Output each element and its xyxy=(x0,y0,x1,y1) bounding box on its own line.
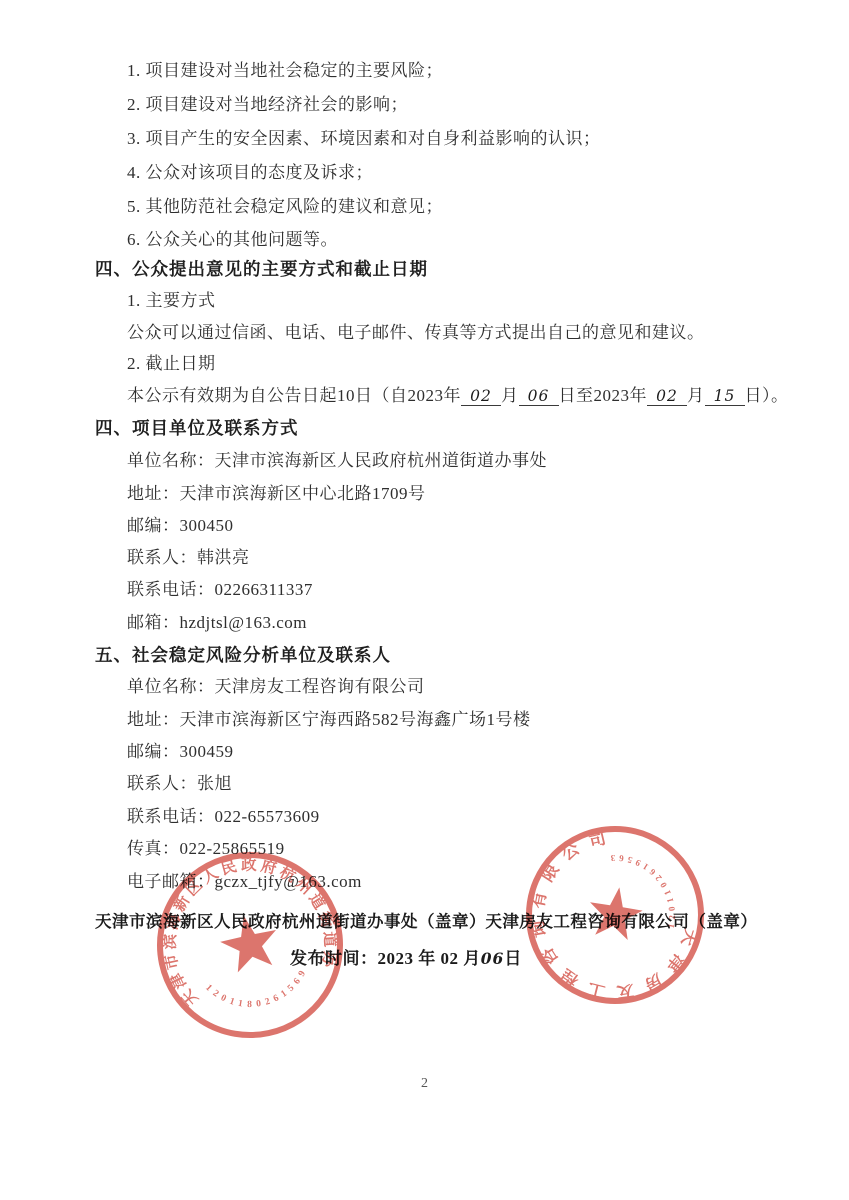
project-unit-address: 地址：天津市滨海新区中心北路1709号 xyxy=(127,483,426,505)
deadline-blank-start-day: 06 xyxy=(519,387,559,406)
deadline-blank-end-day: 15 xyxy=(705,387,745,406)
deadline-suffix: 日）。 xyxy=(745,386,789,405)
official-seal-left: 天津市滨海新区人民政府杭州道街道办事处 1201180261569 xyxy=(152,847,348,1043)
analysis-unit-postcode: 邮编：300459 xyxy=(127,741,234,763)
project-unit-contact: 联系人：韩洪亮 xyxy=(127,547,250,569)
section-heading-project-unit: 四、项目单位及联系方式 xyxy=(95,417,299,439)
analysis-unit-phone: 联系电话：022-65573609 xyxy=(127,806,320,828)
feedback-method-label: 1. 主要方式 xyxy=(127,290,216,312)
project-unit-email: 邮箱：hzdjtsl@163.com xyxy=(127,612,307,634)
deadline-blank-start-month: 02 xyxy=(461,387,501,406)
feedback-deadline-sentence: 本公示有效期为自公告日起10日（自2023年02月06日至2023年02月15日… xyxy=(127,385,789,407)
risk-item-1: 1. 项目建设对当地社会稳定的主要风险； xyxy=(127,60,443,82)
deadline-mid1: 月 xyxy=(501,386,519,405)
star-icon xyxy=(216,910,283,975)
deadline-blank-end-month: 02 xyxy=(647,387,687,406)
deadline-mid3: 月 xyxy=(687,386,705,405)
official-seal-right: 天津房友工程咨询有限公司 1201102619563 xyxy=(523,823,707,1007)
risk-item-6: 6. 公众关心的其他问题等。 xyxy=(127,229,338,251)
section-heading-feedback: 四、公众提出意见的主要方式和截止日期 xyxy=(95,258,428,280)
publish-date-suffix: 日 xyxy=(504,949,522,968)
analysis-unit-address: 地址：天津市滨海新区宁海西路582号海鑫广场1号楼 xyxy=(127,709,531,731)
project-unit-postcode: 邮编：300450 xyxy=(127,515,234,537)
analysis-unit-name: 单位名称：天津房友工程咨询有限公司 xyxy=(127,676,425,698)
star-icon xyxy=(576,880,649,953)
seal-code-text: 1201180261569 xyxy=(202,963,313,1020)
risk-item-4: 4. 公众对该项目的态度及诉求； xyxy=(127,162,373,184)
analysis-unit-contact: 联系人：张旭 xyxy=(127,773,232,795)
section-heading-analysis-unit: 五、社会稳定风险分析单位及联系人 xyxy=(95,644,391,666)
page-number: 2 xyxy=(0,1076,849,1092)
feedback-method-text: 公众可以通过信函、电话、电子邮件、传真等方式提出自己的意见和建议。 xyxy=(127,322,705,344)
risk-item-3: 3. 项目产生的安全因素、环境因素和对自身利益影响的认识； xyxy=(127,128,601,150)
deadline-prefix: 本公示有效期为自公告日起10日（自2023年 xyxy=(127,386,461,405)
feedback-deadline-label: 2. 截止日期 xyxy=(127,353,216,375)
deadline-mid2: 日至2023年 xyxy=(559,386,648,405)
project-unit-phone: 联系电话：02266311337 xyxy=(127,579,313,601)
risk-item-5: 5. 其他防范社会稳定风险的建议和意见； xyxy=(127,196,443,218)
svg-text:1201180261569: 1201180261569 xyxy=(202,963,313,1020)
risk-item-2: 2. 项目建设对当地经济社会的影响； xyxy=(127,94,408,116)
project-unit-name: 单位名称：天津市滨海新区人民政府杭州道街道办事处 xyxy=(127,450,547,472)
document-page: 1. 项目建设对当地社会稳定的主要风险； 2. 项目建设对当地经济社会的影响； … xyxy=(0,0,849,1200)
publish-date-day-handwritten: 06 xyxy=(481,949,505,968)
